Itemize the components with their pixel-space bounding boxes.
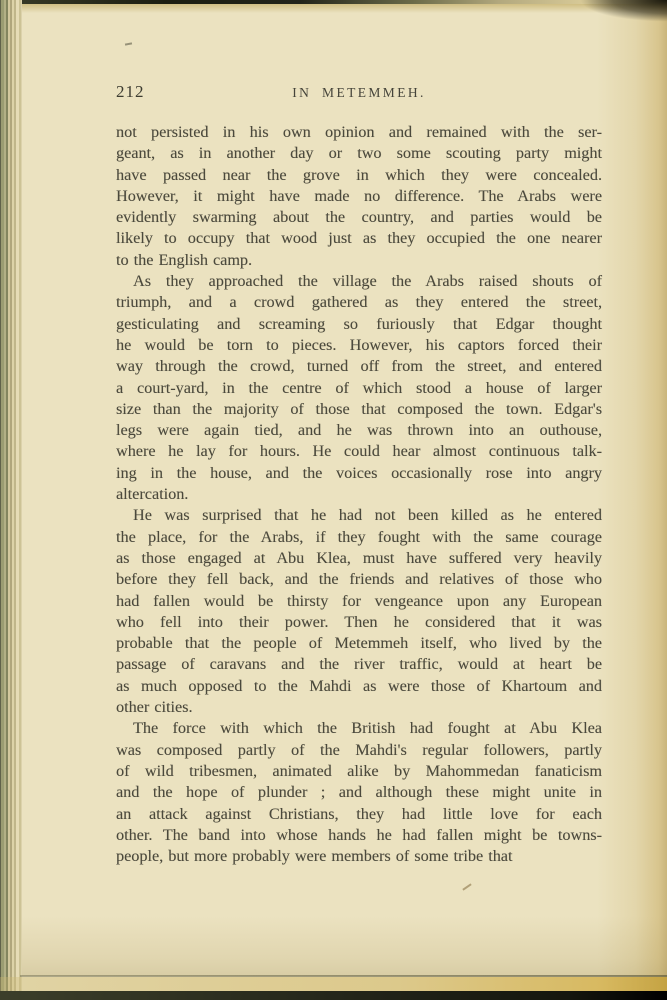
page-stack-edges xyxy=(0,0,22,1000)
text-line: other. The band into whose hands he had … xyxy=(116,825,602,846)
print-artifact xyxy=(125,42,132,45)
text-line: likely to occupy that wood just as they … xyxy=(116,228,602,249)
paragraph: The force with which the British had fou… xyxy=(116,718,602,867)
text-line: gesticulating and screaming so furiously… xyxy=(116,314,602,335)
text-line: had fallen would be thirsty for vengeanc… xyxy=(116,591,602,612)
top-right-corner-shadow xyxy=(547,0,667,30)
text-line: As they approached the village the Arabs… xyxy=(116,271,602,292)
text-line: to the English camp. xyxy=(116,250,602,271)
text-line: passage of caravans and the river traffi… xyxy=(116,654,602,675)
text-line: evidently swarming about the country, an… xyxy=(116,207,602,228)
paragraph: not persisted in his own opinion and rem… xyxy=(116,122,602,271)
text-line: way through the crowd, turned off from t… xyxy=(116,356,602,377)
text-line: people, but more probably were members o… xyxy=(116,846,602,867)
text-line: altercation. xyxy=(116,484,602,505)
page-bottom-shading xyxy=(22,916,667,976)
paragraph: He was surprised that he had not been ki… xyxy=(116,505,602,718)
print-artifact xyxy=(462,883,471,890)
text-line: The force with which the British had fou… xyxy=(116,718,602,739)
text-line: He was surprised that he had not been ki… xyxy=(116,505,602,526)
text-line: as those engaged at Abu Klea, must have … xyxy=(116,548,602,569)
text-line: not persisted in his own opinion and rem… xyxy=(116,122,602,143)
text-line: was composed partly of the Mahdi's regul… xyxy=(116,740,602,761)
text-line: legs were again tied, and he was thrown … xyxy=(116,420,602,441)
text-line: However, it might have made no differenc… xyxy=(116,186,602,207)
text-line: geant, as in another day or two some sco… xyxy=(116,143,602,164)
running-title: IN METEMMEH. xyxy=(116,85,602,101)
text-line: have passed near the grove in which they… xyxy=(116,165,602,186)
paragraph: As they approached the village the Arabs… xyxy=(116,271,602,505)
page-bottom-edge xyxy=(0,991,667,1000)
text-line: the place, for the Arabs, if they fought… xyxy=(116,527,602,548)
page-header: 212 IN METEMMEH. xyxy=(116,82,602,104)
text-line: before they fell back, and the friends a… xyxy=(116,569,602,590)
text-line: and the hope of plunder ; and although t… xyxy=(116,782,602,803)
text-line: as much opposed to the Mahdi as were tho… xyxy=(116,676,602,697)
text-line: he would be torn to pieces. However, his… xyxy=(116,335,602,356)
page-bottom-edge-gold xyxy=(0,977,667,991)
page-right-shading xyxy=(597,0,667,1000)
text-line: size than the majority of those that com… xyxy=(116,399,602,420)
text-line: probable that the people of Metemmeh its… xyxy=(116,633,602,654)
scanned-book-page: 212 IN METEMMEH. not persisted in his ow… xyxy=(0,0,667,1000)
text-line: ing in the house, and the voices occasio… xyxy=(116,463,602,484)
text-line: where he lay for hours. He could hear al… xyxy=(116,441,602,462)
text-line: triumph, and a crowd gathered as they en… xyxy=(116,292,602,313)
text-line: who fell into their power. Then he consi… xyxy=(116,612,602,633)
text-line: an attack against Christians, they had l… xyxy=(116,804,602,825)
text-line: a court-yard, in the centre of which sto… xyxy=(116,378,602,399)
text-line: other cities. xyxy=(116,697,602,718)
text-line: of wild tribesmen, animated alike by Mah… xyxy=(116,761,602,782)
page-body-text: not persisted in his own opinion and rem… xyxy=(116,122,602,867)
